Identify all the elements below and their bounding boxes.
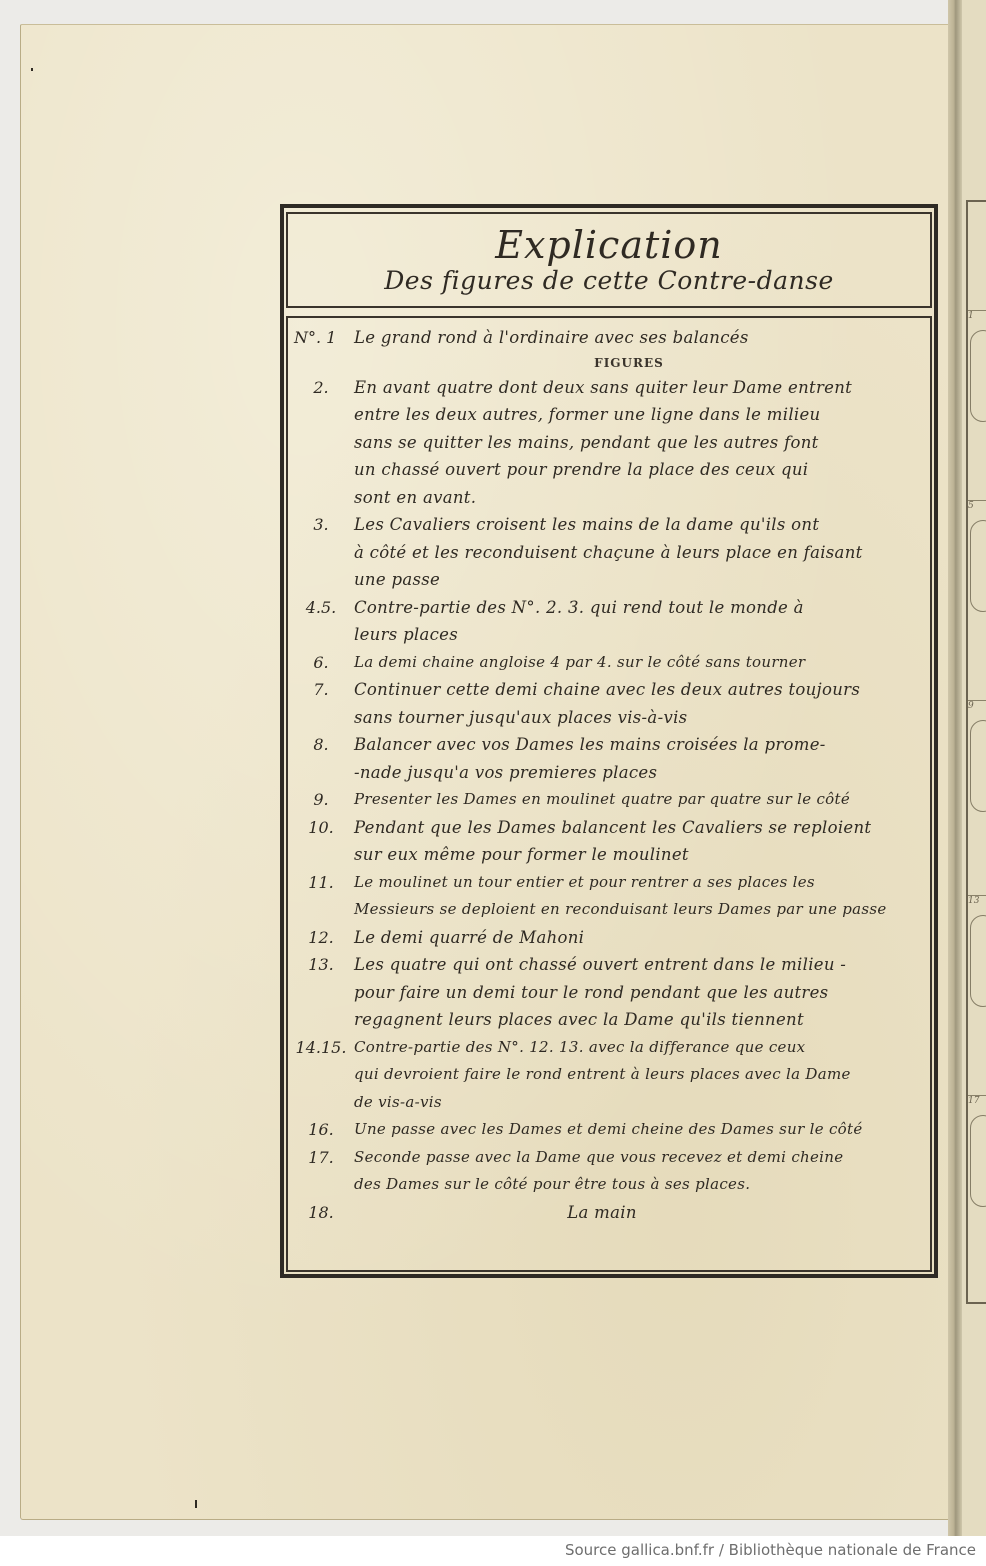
- figure-entry-8: 8. Balancer avec vos Dames les mains cro…: [288, 731, 930, 786]
- adjacent-figure-number: 17: [968, 1096, 979, 1106]
- figure-entry-13: 13. Les quatre qui ont chassé ouvert ent…: [288, 951, 930, 1034]
- figure-description-line: un chassé ouvert pour prendre la place d…: [354, 456, 924, 484]
- figure-description-line: sont en avant.: [354, 484, 924, 512]
- figure-number: 17.: [288, 1144, 354, 1171]
- figure-number: 12.: [288, 924, 354, 951]
- figure-description: La main: [354, 1199, 930, 1227]
- figure-number: 6.: [288, 649, 354, 676]
- figure-description-line: sans tourner jusqu'aux places vis-à-vis: [354, 704, 924, 732]
- figure-description-line: sur eux même pour former le moulinet: [354, 841, 924, 869]
- figure-description-line: une passe: [354, 566, 924, 594]
- adjacent-figure-1: 1: [968, 310, 986, 321]
- figure-number: 7.: [288, 676, 354, 703]
- adjacent-figure-17: 17: [968, 1095, 986, 1106]
- figure-description: Presenter les Dames en moulinet quatre p…: [354, 786, 930, 814]
- figures-list: N°. 1 Le grand rond à l'ordinaire avec s…: [288, 324, 930, 1226]
- figure-description-line: à côté et les reconduisent chaçune à leu…: [354, 539, 924, 567]
- figure-description-line: Le moulinet un tour entier et pour rentr…: [354, 869, 924, 897]
- figure-number: 18.: [288, 1199, 354, 1226]
- figure-description: En avant quatre dont deux sans quiter le…: [354, 374, 930, 512]
- figure-description: Les Cavaliers croisent les mains de la d…: [354, 511, 930, 594]
- adjacent-figure-diagram: [970, 1115, 986, 1207]
- figure-description-line: Pendant que les Dames balancent les Cava…: [354, 814, 924, 842]
- figure-description: Balancer avec vos Dames les mains croisé…: [354, 731, 930, 786]
- figure-description-line: Le demi quarré de Mahoni: [354, 924, 924, 952]
- figure-number: 13.: [288, 951, 354, 978]
- paper-speck: [31, 68, 33, 71]
- figure-description-line: leurs places: [354, 621, 924, 649]
- figure-number: 8.: [288, 731, 354, 758]
- page-subtitle: Des figures de cette Contre-danse: [288, 266, 930, 296]
- figure-description: Seconde passe avec la Dame que vous rece…: [354, 1144, 930, 1199]
- figure-description-line: La demi chaine angloise 4 par 4. sur le …: [354, 649, 924, 677]
- figure-description-line: -nade jusqu'a vos premieres places: [354, 759, 924, 787]
- figure-number: 11.: [288, 869, 354, 896]
- figure-number: 14.15.: [288, 1034, 354, 1061]
- figure-description: Le grand rond à l'ordinaire avec ses bal…: [354, 324, 930, 352]
- figure-description-line: Le grand rond à l'ordinaire avec ses bal…: [354, 324, 924, 352]
- figure-number: 4.5.: [288, 594, 354, 621]
- figure-entry-17: 17. Seconde passe avec la Dame que vous …: [288, 1144, 930, 1199]
- figure-description-line: qui devroient faire le rond entrent à le…: [354, 1061, 924, 1089]
- figure-entry-2: 2. En avant quatre dont deux sans quiter…: [288, 374, 930, 512]
- adjacent-figure-number: 5: [968, 501, 974, 511]
- figure-description-line: En avant quatre dont deux sans quiter le…: [354, 374, 924, 402]
- figure-description: Le demi quarré de Mahoni: [354, 924, 930, 952]
- figure-entry-10: 10. Pendant que les Dames balancent les …: [288, 814, 930, 869]
- figure-number: 3.: [288, 511, 354, 538]
- figure-description-line: des Dames sur le côté pour être tous à s…: [354, 1171, 924, 1199]
- adjacent-figure-diagram: [970, 915, 986, 1007]
- figure-description-line: Les quatre qui ont chassé ouvert entrent…: [354, 951, 924, 979]
- paper-mark: [195, 1500, 197, 1508]
- figure-entry-18: 18. La main: [288, 1199, 930, 1227]
- figures-list-box: N°. 1 Le grand rond à l'ordinaire avec s…: [286, 316, 932, 1272]
- figure-description-line: Balancer avec vos Dames les mains croisé…: [354, 731, 924, 759]
- adjacent-figure-number: 1: [968, 311, 974, 321]
- adjacent-figure-9: 9: [968, 700, 986, 711]
- figure-entry-4-5: 4.5. Contre-partie des N°. 2. 3. qui ren…: [288, 594, 930, 649]
- adjacent-figure-number: 13: [968, 896, 979, 906]
- adjacent-figure-diagram: [970, 720, 986, 812]
- figure-description: Contre-partie des N°. 2. 3. qui rend tou…: [354, 594, 930, 649]
- figure-number: 16.: [288, 1116, 354, 1143]
- figure-description-line: Continuer cette demi chaine avec les deu…: [354, 676, 924, 704]
- figure-entry-16: 16. Une passe avec les Dames et demi che…: [288, 1116, 930, 1144]
- book-gutter: [948, 0, 962, 1536]
- figure-entry-12: 12. Le demi quarré de Mahoni: [288, 924, 930, 952]
- figure-description-line: Messieurs se deploient en reconduisant l…: [354, 896, 924, 924]
- figure-description-line: Contre-partie des N°. 2. 3. qui rend tou…: [354, 594, 924, 622]
- adjacent-figure-5: 5: [968, 500, 986, 511]
- figure-description-line: Contre-partie des N°. 12. 13. avec la di…: [354, 1034, 924, 1062]
- figure-entry-6: 6. La demi chaine angloise 4 par 4. sur …: [288, 649, 930, 677]
- figure-description: Les quatre qui ont chassé ouvert entrent…: [354, 951, 930, 1034]
- source-attribution: Source gallica.bnf.fr / Bibliothèque nat…: [565, 1541, 976, 1559]
- figure-description-line: pour faire un demi tour le rond pendant …: [354, 979, 924, 1007]
- title-cartouche: Explication Des figures de cette Contre-…: [286, 212, 932, 308]
- figures-heading: FIGURES: [288, 352, 930, 374]
- figure-description: Une passe avec les Dames et demi cheine …: [354, 1116, 930, 1144]
- figure-description: Le moulinet un tour entier et pour rentr…: [354, 869, 930, 924]
- page-title: Explication: [288, 224, 930, 266]
- figure-description: La demi chaine angloise 4 par 4. sur le …: [354, 649, 930, 677]
- adjacent-figure-13: 13: [968, 895, 986, 906]
- figure-description-line: Seconde passe avec la Dame que vous rece…: [354, 1144, 924, 1172]
- figure-description: Continuer cette demi chaine avec les deu…: [354, 676, 930, 731]
- figure-number: 9.: [288, 786, 354, 813]
- figure-entry-9: 9. Presenter les Dames en moulinet quatr…: [288, 786, 930, 814]
- figure-description: Contre-partie des N°. 12. 13. avec la di…: [354, 1034, 930, 1117]
- figure-description-line: entre les deux autres, former une ligne …: [354, 401, 924, 429]
- figure-description-line: de vis-a-vis: [354, 1089, 924, 1117]
- adjacent-page-edge: 1 5 9 13 17: [962, 0, 986, 1536]
- figure-entry-14-15: 14.15. Contre-partie des N°. 12. 13. ave…: [288, 1034, 930, 1117]
- figure-description-line: Les Cavaliers croisent les mains de la d…: [354, 511, 924, 539]
- figure-entry-7: 7. Continuer cette demi chaine avec les …: [288, 676, 930, 731]
- adjacent-figure-diagram: [970, 330, 986, 422]
- figure-description-line: Une passe avec les Dames et demi cheine …: [354, 1116, 924, 1144]
- figure-entry-11: 11. Le moulinet un tour entier et pour r…: [288, 869, 930, 924]
- adjacent-figure-number: 9: [968, 701, 974, 711]
- figure-description-line: sans se quitter les mains, pendant que l…: [354, 429, 924, 457]
- figure-entry-1: N°. 1 Le grand rond à l'ordinaire avec s…: [288, 324, 930, 352]
- figure-number: 10.: [288, 814, 354, 841]
- figure-description-line: regagnent leurs places avec la Dame qu'i…: [354, 1006, 924, 1034]
- figure-number: 2.: [288, 374, 354, 401]
- figure-number: N°. 1: [288, 324, 354, 351]
- figure-description-line: La main: [354, 1199, 850, 1227]
- figure-entry-3: 3. Les Cavaliers croisent les mains de l…: [288, 511, 930, 594]
- figure-description: Pendant que les Dames balancent les Cava…: [354, 814, 930, 869]
- adjacent-figure-diagram: [970, 520, 986, 612]
- figure-description-line: Presenter les Dames en moulinet quatre p…: [354, 786, 924, 814]
